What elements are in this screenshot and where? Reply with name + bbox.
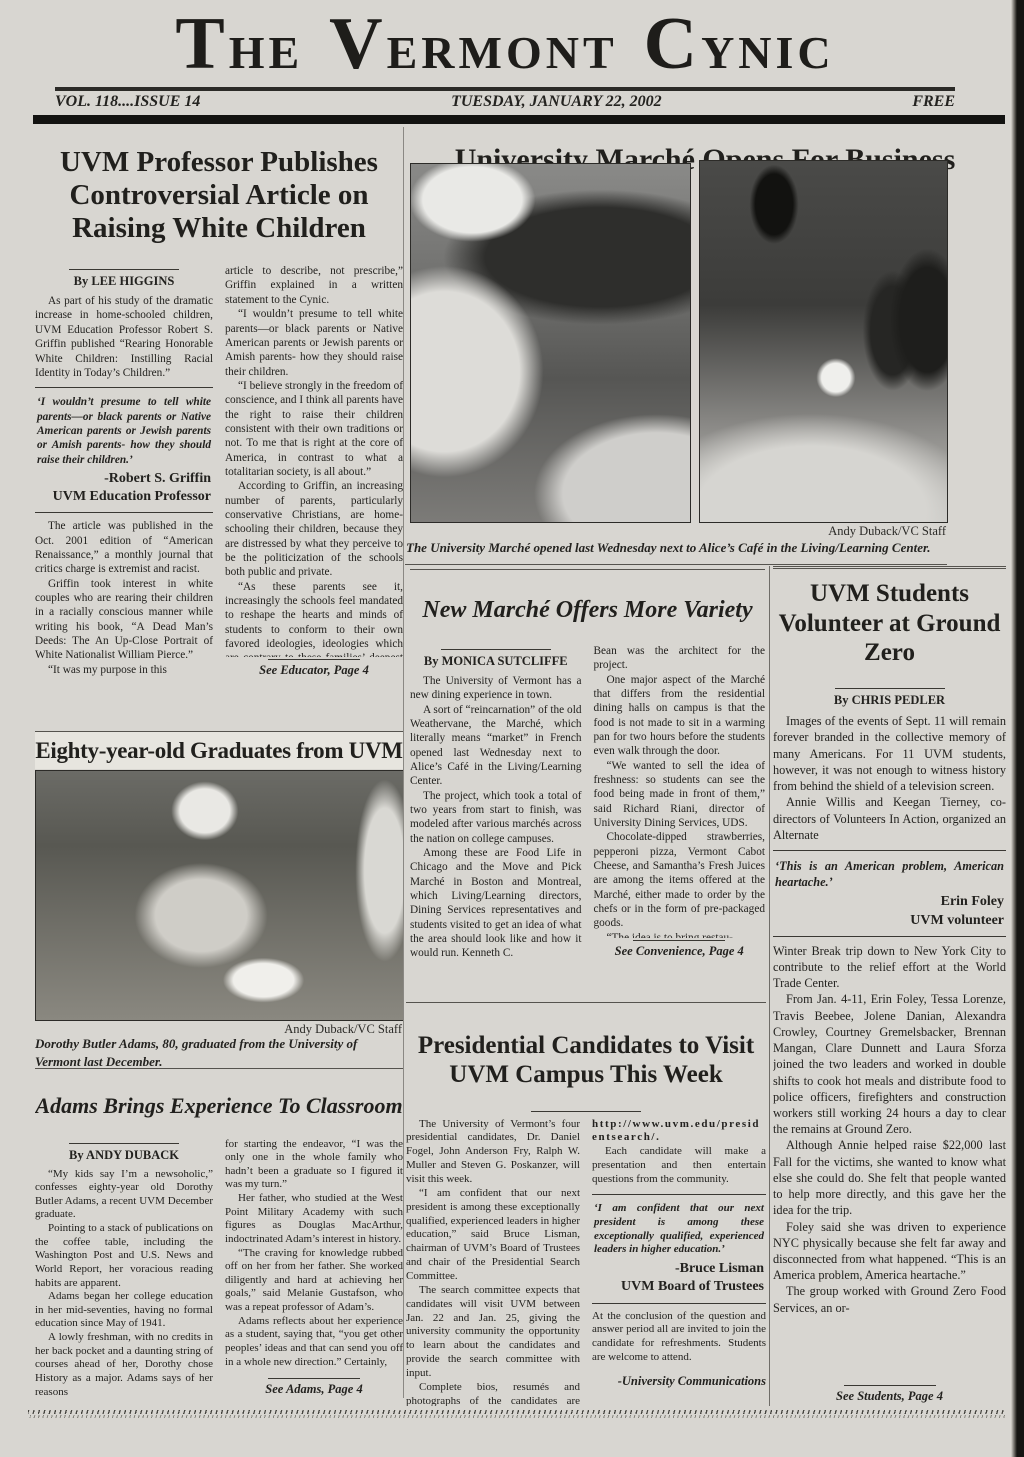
masthead-rule [55,87,955,91]
paragraph: article to describe, not prescribe,” Gri… [225,264,403,307]
pull-quote-text: ‘I wouldn’t presume to tell white parent… [37,395,211,467]
article-graduate-banner: Eighty-year-old Graduates from UVM [35,731,403,769]
pull-quote-text: ‘This is an American problem, American h… [775,858,1004,890]
paragraph: “I am confident that our next president … [406,1187,580,1284]
paragraph: Griffin took interest in white couples w… [35,577,213,663]
article-professor-col2: article to describe, not prescribe,” Gri… [225,264,403,680]
dateline: VOL. 118....ISSUE 14 TUESDAY, JANUARY 22… [55,93,955,111]
article-professor-col1: By LEE HIGGINS As part of his study of t… [35,264,213,680]
article-marche: New Marché Offers More Variety By MONICA… [410,569,765,1004]
article-groundzero-byline: By CHRIS PEDLER [773,693,1006,708]
byline-rule [69,1143,179,1144]
dorothy-adams-photo [35,770,404,1021]
paragraph: Winter Break trip down to New York City … [773,943,1006,992]
president-search-url: http://www.uvm.edu/presidentsearch/. [592,1118,766,1146]
pull-quote-attribution: -Bruce Lisman [594,1260,764,1278]
article-presidential-col1: The University of Vermont’s four preside… [406,1118,580,1407]
article-adams-columns: By ANDY DUBACK “My kids say I’m a newsoh… [35,1138,403,1400]
paragraph: Annie Willis and Keegan Tierney, co-dire… [773,794,1006,843]
volume-label: VOL. 118....ISSUE 14 [55,93,200,111]
paragraph: “I wouldn’t presume to tell white parent… [225,307,403,379]
article-presidential-headline: Presidential Candidates to Visit UVM Cam… [406,1024,766,1090]
paragraph: A sort of “reincarnation” of the old Wea… [410,703,582,789]
paragraph: Adams reflects about her experience as a… [225,1315,403,1370]
paragraph: Her father, who studied at the West Poin… [225,1192,403,1247]
paragraph: “I believe strongly in the freedom of co… [225,379,403,479]
pull-quote-attribution: Erin Foley [775,893,1004,911]
paragraph: for starting the endeavor, “I was the on… [225,1138,403,1193]
paragraph: The article was published in the Oct. 20… [35,519,213,576]
continued-marker-educator: See Educator, Page 4 [225,657,403,678]
article-presidential-columns: The University of Vermont’s four preside… [406,1118,766,1407]
paragraph: The University of Vermont has a new dini… [410,674,582,703]
paragraph: Each candidate will make a presentation … [592,1145,766,1187]
headline-rule [531,1111,641,1112]
article-marche-byline: By MONICA SUTCLIFFE [410,654,582,669]
scan-edge-strip [1010,0,1024,1457]
newspaper-page: TheVermontCynic VOL. 118....ISSUE 14 TUE… [0,0,1024,1457]
paragraph: Images of the events of Sept. 11 will re… [773,713,1006,794]
paragraph: The University of Vermont’s four preside… [406,1118,580,1187]
article-adams-col1: By ANDY DUBACK “My kids say I’m a newsoh… [35,1138,213,1400]
paragraph: Bean was the architect for the project. [594,644,766,673]
paragraph: The search committee expects that candid… [406,1284,580,1381]
paragraph: Pointing to a stack of publications on t… [35,1222,213,1290]
paragraph: Although Annie helped raise $22,000 last… [773,1137,1006,1218]
pull-quote-attribution: -Robert S. Griffin [37,470,211,488]
paragraph: The project, which took a total of two y… [410,789,582,846]
price-label: FREE [912,93,955,111]
masthead-bar [33,115,1005,124]
paragraph: Chocolate-dipped strawberries, pepperoni… [594,830,766,930]
article-groundzero-headline: UVM Students Volunteer at Ground Zero [773,579,1006,668]
marche-photo-market-hall [699,160,948,523]
article-presidential-col2: http://www.uvm.edu/presidentsearch/. Eac… [592,1118,766,1407]
continued-marker-convenience: See Convenience, Page 4 [594,938,766,959]
article-professor-byline: By LEE HIGGINS [35,274,213,289]
pull-quote-attribution-title: UVM volunteer [775,912,1004,930]
section-rule [405,564,947,565]
article-presidential: Presidential Candidates to Visit UVM Cam… [406,1002,766,1406]
article-professor: UVM Professor Publishes Controversial Ar… [35,127,403,739]
byline-rule [835,688,945,689]
paragraph: “My kids say I’m a newsoholic,” confesse… [35,1168,213,1223]
paragraph: From Jan. 4-11, Erin Foley, Tessa Lorenz… [773,991,1006,1137]
paragraph: “The craving for knowledge rubbed off on… [225,1247,403,1315]
paragraph: “It was my purpose in this [35,663,213,677]
article-marche-headline: New Marché Offers More Variety [410,590,765,624]
byline-rule [69,269,179,270]
paragraph: As part of his study of the dramatic inc… [35,294,213,380]
article-adams-col2: for starting the endeavor, “I was the on… [225,1138,403,1400]
pull-quote-foley: ‘This is an American problem, American h… [773,850,1006,937]
marche-photo-espresso-counter [410,163,691,523]
paragraph: A lowly freshman, with no credits in her… [35,1331,213,1399]
article-professor-columns: By LEE HIGGINS As part of his study of t… [35,264,403,680]
article-adams-headline: Adams Brings Experience To Classroom [35,1087,403,1119]
photo-caption: The University Marché opened last Wednes… [406,539,986,557]
photo-credit: Andy Duback/VC Staff [600,524,946,539]
masthead-word-vermont: Vermont [329,2,617,95]
article-marche-columns: By MONICA SUTCLIFFE The University of Ve… [410,644,765,961]
masthead-word-the: The [175,2,303,95]
paragraph: Complete bios, resumés and photographs o… [406,1381,580,1406]
date-label: TUESDAY, JANUARY 22, 2002 [451,93,662,111]
article-professor-headline: UVM Professor Publishes Controversial Ar… [35,146,403,244]
signoff-university-communications: -University Communications [592,1374,766,1389]
article-groundzero: UVM Students Volunteer at Ground Zero By… [773,566,1006,1406]
pull-quote-griffin: ‘I wouldn’t presume to tell white parent… [35,387,213,513]
paragraph: At the conclusion of the question and an… [592,1310,766,1365]
pull-quote-attribution-title: UVM Board of Trustees [594,1278,764,1296]
article-marche-col2: Bean was the architect for the project. … [594,644,766,961]
pull-quote-attribution-title: UVM Education Professor [37,488,211,506]
byline-rule [441,649,551,650]
paragraph: According to Griffin, an increasing numb… [225,479,403,579]
paragraph: “We wanted to sell the idea of freshness… [594,759,766,831]
photo-caption: Dorothy Butler Adams, 80, graduated from… [35,1035,402,1070]
column-divider-right [769,566,770,1406]
column-divider-left [403,127,404,1398]
masthead-word-cynic: Cynic [644,2,835,95]
article-marche-col1: By MONICA SUTCLIFFE The University of Ve… [410,644,582,961]
continued-marker-adams: See Adams, Page 4 [225,1376,403,1397]
paragraph: Adams began her college education in her… [35,1290,213,1331]
continued-marker-students: See Students, Page 4 [773,1383,1006,1404]
article-adams-byline: By ANDY DUBACK [35,1148,213,1163]
pull-quote-lisman: ‘I am confident that our next president … [592,1194,766,1304]
paragraph: Among these are Food Life in Chicago and… [410,846,582,961]
paragraph: Foley said she was driven to experience … [773,1219,1006,1284]
masthead: TheVermontCynic [30,2,980,88]
article-adams: Adams Brings Experience To Classroom By … [35,1068,403,1406]
paragraph: The group worked with Ground Zero Food S… [773,1283,1006,1315]
paragraph: One major aspect of the Marché that diff… [594,673,766,759]
bottom-decorative-border [28,1410,1006,1419]
pull-quote-text: ‘I am confident that our next president … [594,1202,764,1257]
